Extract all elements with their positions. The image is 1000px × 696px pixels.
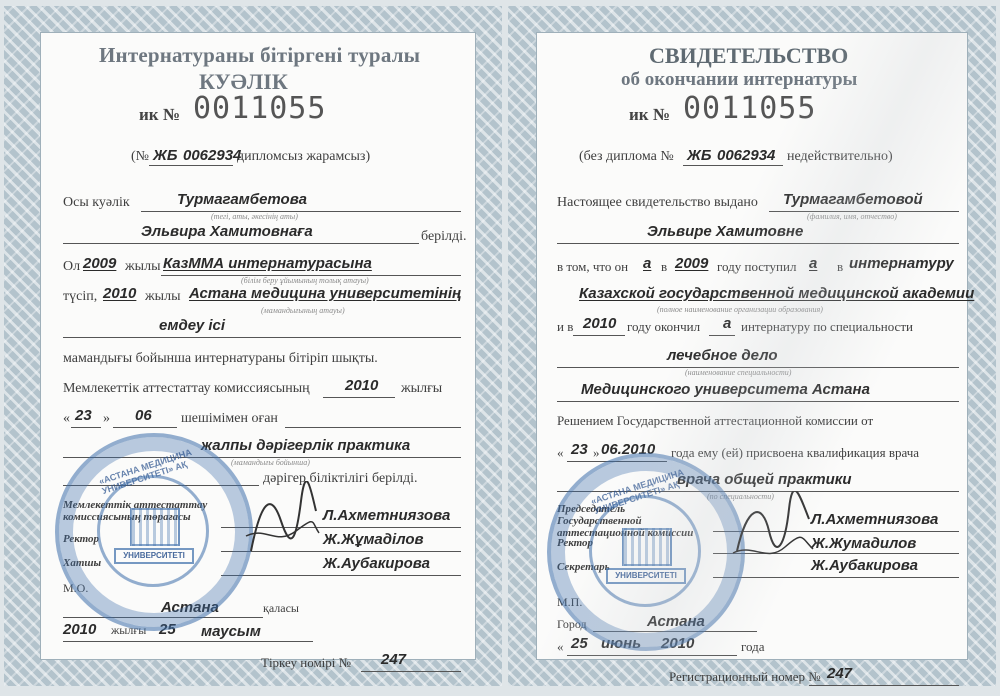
entered-to: в bbox=[837, 259, 843, 275]
entered-in: в bbox=[661, 259, 667, 275]
specialty-ru: лечебное дело bbox=[667, 347, 778, 364]
finished-prefix: и в bbox=[557, 319, 573, 335]
institution-ru: Казахской государственной медицинской ак… bbox=[579, 285, 974, 302]
reg-label: Регистрационный номер № bbox=[669, 669, 821, 685]
commission-text: Мемлекеттік аттестаттау комиссиясының bbox=[63, 381, 310, 397]
commission-text: Решением Государственной аттестационной … bbox=[557, 413, 873, 429]
right-page-content: СВИДЕТЕЛЬСТВО об окончании интернатуры и… bbox=[536, 32, 968, 660]
signatory-name-secretary: Ж.Аубакирова bbox=[323, 555, 430, 572]
quote-close: » bbox=[103, 411, 110, 427]
diploma-suffix: недействительно) bbox=[787, 149, 893, 165]
ik-number: 0011055 bbox=[193, 91, 326, 126]
building-emblem-icon bbox=[622, 528, 672, 566]
diploma-series: ЖБ bbox=[153, 147, 178, 164]
decision-text: шешімімен оған bbox=[181, 411, 278, 427]
issued-label: Настоящее свидетельство выдано bbox=[557, 195, 758, 211]
city-suffix: қаласы bbox=[263, 601, 299, 616]
left-page-kazakh: Интернатураны бітіргені туралы КУӘЛІК ик… bbox=[4, 6, 502, 686]
date-year-kz: 2010 bbox=[63, 621, 96, 638]
signature-scribble bbox=[241, 481, 321, 561]
institution-caption: (білім беру ұйымының толық атауы) bbox=[241, 276, 369, 285]
reg-number: 247 bbox=[381, 651, 406, 668]
date-month-kz: маусым bbox=[201, 623, 261, 640]
commission-year: 2010 bbox=[345, 377, 378, 394]
surname-kz: Турмагамбетова bbox=[177, 191, 307, 208]
finished-prefix: түсіп, bbox=[63, 289, 97, 305]
signature-scribble bbox=[727, 491, 817, 571]
date-suffix: года bbox=[741, 639, 765, 655]
signatory-name-rector: Ж.Жумадилов bbox=[811, 535, 916, 552]
entered-year: 2009 bbox=[83, 255, 116, 272]
qualification-caption: (мамандығы бойынша) bbox=[231, 458, 310, 467]
date-quote-open: « bbox=[557, 639, 564, 655]
title-kz-line1: Интернатураны бітіргені туралы bbox=[99, 43, 420, 68]
diploma-series: ЖБ bbox=[687, 147, 712, 164]
specialty-line1: Астана медицина университетінің bbox=[189, 285, 461, 302]
diploma-number: 0062934 bbox=[717, 147, 775, 164]
stamp-banner: УНИВЕРСИТЕТІ bbox=[114, 548, 194, 564]
decision-day: 23 bbox=[75, 407, 92, 424]
entered-year-word: году поступил bbox=[717, 259, 796, 275]
issued-label: Осы куәлік bbox=[63, 195, 130, 211]
entered-gender: а bbox=[809, 255, 817, 272]
ik-label: ик № bbox=[629, 105, 670, 125]
specialty-line2: емдеу ісі bbox=[159, 317, 225, 334]
entered-prefix: Ол bbox=[63, 259, 80, 275]
gender-suffix: а bbox=[643, 255, 651, 272]
decision-month: 06 bbox=[135, 407, 152, 424]
signatory-name-chair: Л.Ахметниязова bbox=[323, 507, 450, 524]
reg-number: 247 bbox=[827, 665, 852, 682]
quote-close: » bbox=[593, 445, 600, 461]
finished-year-ru: 2010 bbox=[583, 315, 616, 332]
given-names-kz: Эльвира Хамитовнаға bbox=[141, 223, 313, 240]
issued-suffix: берілді. bbox=[421, 229, 467, 245]
title-ru-line1: СВИДЕТЕЛЬСТВО bbox=[649, 43, 848, 69]
decision-day: 23 bbox=[571, 441, 588, 458]
entered-institution: КазММА интернатурасына bbox=[163, 255, 372, 272]
reg-label: Тіркеу номірі № bbox=[261, 655, 351, 671]
left-page-content: Интернатураны бітіргені туралы КУӘЛІК ик… bbox=[40, 32, 476, 660]
specialty-caption: (наименование специальности) bbox=[685, 368, 791, 377]
finished-gender: а bbox=[723, 315, 731, 332]
ik-number: 0011055 bbox=[683, 91, 816, 126]
diploma-prefix: (без диплома № bbox=[579, 149, 674, 165]
diploma-number: 0062934 bbox=[183, 147, 241, 164]
institution-caption: (полное наименование организации образов… bbox=[657, 305, 823, 314]
given-names-ru: Эльвире Хамитовне bbox=[647, 223, 803, 240]
date-day-ru: 25 bbox=[571, 635, 588, 652]
finished-text: году окончил bbox=[627, 319, 700, 335]
certificate-spread: Интернатураны бітіргені туралы КУӘЛІК ик… bbox=[0, 0, 1000, 696]
finished-suffix: интернатуру по специальности bbox=[741, 319, 913, 335]
entered-prefix: в том, что он bbox=[557, 259, 628, 275]
building-emblem-icon bbox=[130, 508, 180, 546]
stamp-inner-ring: УНИВЕРСИТЕТІ bbox=[97, 475, 209, 587]
stamp-inner-ring: УНИВЕРСИТЕТІ bbox=[589, 495, 701, 607]
finished-year-word: жылы bbox=[145, 289, 180, 305]
title-ru-line2: об окончании интернатуры bbox=[621, 69, 857, 91]
entered-year-ru: 2009 bbox=[675, 255, 708, 272]
diploma-prefix: (№ bbox=[131, 149, 149, 165]
quote-open: « bbox=[63, 411, 70, 427]
official-seal-stamp: «АСТАНА МЕДИЦИНА УНИВЕРСИТЕТІ» АҚ УНИВЕР… bbox=[547, 453, 745, 651]
signatory-name-chair: Л.Ахметниязова bbox=[811, 511, 938, 528]
entered-target: интернатуру bbox=[849, 255, 954, 272]
stamp-banner: УНИВЕРСИТЕТІ bbox=[606, 568, 686, 584]
completed-text: мамандығы бойынша интернатураны бітіріп … bbox=[63, 351, 378, 367]
entered-year-word: жылы bbox=[125, 259, 160, 275]
university-ru: Медицинского университета Астана bbox=[581, 381, 870, 398]
ik-label: ик № bbox=[139, 105, 180, 125]
signatory-name-secretary: Ж.Аубакирова bbox=[811, 557, 918, 574]
commission-year-word: жылғы bbox=[401, 381, 442, 397]
right-page-russian: СВИДЕТЕЛЬСТВО об окончании интернатуры и… bbox=[508, 6, 996, 686]
surname-caption: (тегі, аты, әкесінің аты) bbox=[211, 212, 298, 221]
finished-year: 2010 bbox=[103, 285, 136, 302]
diploma-suffix: дипломсыз жарамсыз) bbox=[237, 149, 370, 165]
specialty-caption: (мамандығының атауы) bbox=[261, 306, 345, 315]
surname-ru: Турмагамбетовой bbox=[783, 191, 923, 208]
signatory-name-rector: Ж.Жұмаділов bbox=[323, 531, 424, 548]
official-seal-stamp: «АСТАНА МЕДИЦИНА УНИВЕРСИТЕТІ» АҚ УНИВЕР… bbox=[55, 433, 253, 631]
quote-open: « bbox=[557, 445, 564, 461]
surname-caption: (фамилия, имя, отчество) bbox=[807, 212, 897, 221]
